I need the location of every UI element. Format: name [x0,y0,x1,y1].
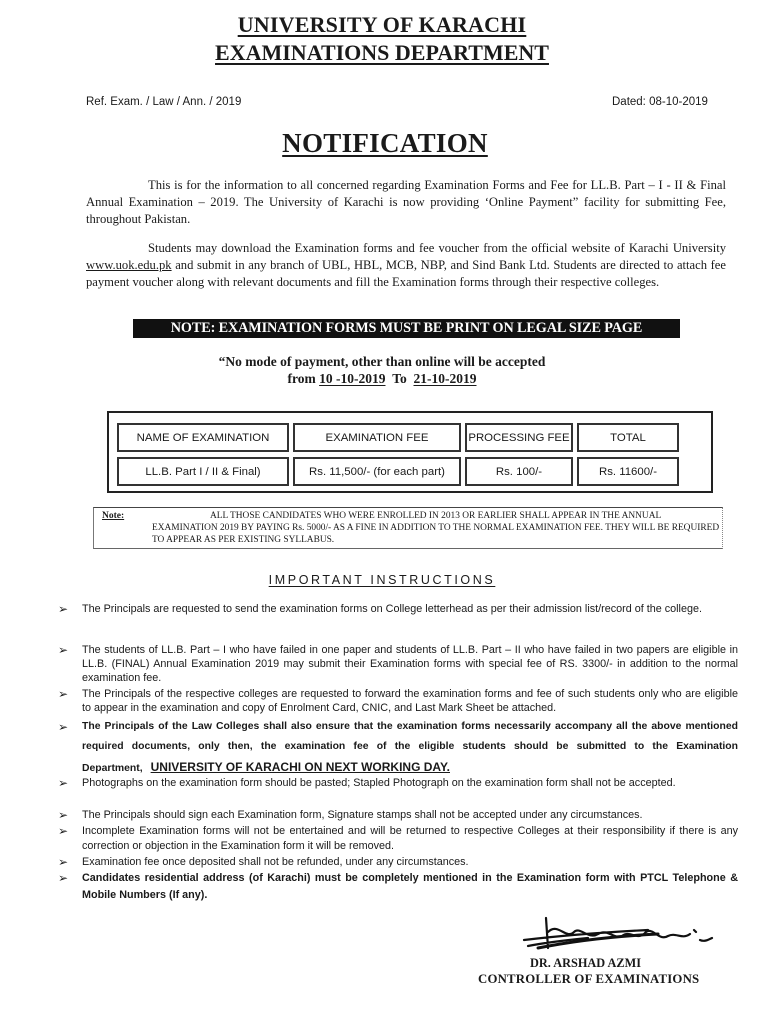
header-processing-fee: PROCESSING FEE [465,423,573,452]
instruction-item: ➢The Principals of the Law Colleges shal… [58,717,738,779]
arrow-bullet-icon: ➢ [58,643,68,657]
instruction-item: ➢Candidates residential address (of Kara… [58,870,738,904]
instruction-item: ➢The Principals of the respective colleg… [58,687,738,715]
header-total: TOTAL [577,423,679,452]
signatory-name: DR. ARSHAD AZMI [530,956,641,971]
download-paragraph: Students may download the Examination fo… [86,240,726,291]
fee-table-header-row: NAME OF EXAMINATION EXAMINATION FEE PROC… [117,423,679,452]
fee-table: NAME OF EXAMINATION EXAMINATION FEE PROC… [107,411,713,493]
instruction-item: ➢The students of LL.B. Part – I who have… [58,643,738,685]
arrow-bullet-icon: ➢ [58,599,68,619]
arrow-bullet-icon: ➢ [58,717,68,737]
reference-number: Ref. Exam. / Law / Ann. / 2019 [86,96,241,108]
start-date: 10 -10-2019 [319,371,385,386]
cell-exam-fee: Rs. 11,500/- (for each part) [293,457,461,486]
fine-note-text: ALL THOSE CANDIDATES WHO WERE ENROLLED I… [152,510,720,546]
cell-total: Rs. 11600/- [577,457,679,486]
end-date: 21-10-2019 [414,371,477,386]
instructions-title: IMPORTANT INSTRUCTIONS [0,573,764,587]
document-title: NOTIFICATION [0,128,764,159]
payment-notice: “No mode of payment, other than online w… [0,354,764,370]
arrow-bullet-icon: ➢ [58,687,68,701]
cell-processing-fee: Rs. 100/- [465,457,573,486]
signatory-title: CONTROLLER OF EXAMINATIONS [478,972,699,987]
cell-exam-name: LL.B. Part I / II & Final) [117,457,289,486]
instruction-item: ➢Photographs on the examination form sho… [58,775,738,792]
arrow-bullet-icon: ➢ [58,870,68,887]
intro-paragraph: This is for the information to all conce… [86,177,726,228]
deadline-emphasis: UNIVERSITY OF KARACHI ON NEXT WORKING DA… [151,760,450,774]
instruction-item: ➢The Principals should sign each Examina… [58,808,738,822]
instruction-item: ➢Incomplete Examination forms will not b… [58,824,738,854]
header-exam-fee: EXAMINATION FEE [293,423,461,452]
university-name: UNIVERSITY OF KARACHI [0,12,764,38]
instruction-item: ➢The Principals are requested to send th… [58,599,738,619]
payment-period: from 10 -10-2019 To 21-10-2019 [0,371,764,387]
arrow-bullet-icon: ➢ [58,808,68,822]
issue-date: Dated: 08-10-2019 [612,96,708,108]
arrow-bullet-icon: ➢ [58,824,68,839]
signature-scribble [518,910,718,960]
instruction-item: ➢Examination fee once deposited shall no… [58,855,738,869]
website-link[interactable]: www.uok.edu.pk [86,258,172,272]
fine-note-label: Note: [102,511,124,521]
arrow-bullet-icon: ➢ [58,855,68,869]
legal-size-note-banner: NOTE: EXAMINATION FORMS MUST BE PRINT ON… [133,319,680,338]
table-row: LL.B. Part I / II & Final) Rs. 11,500/- … [117,457,679,486]
arrow-bullet-icon: ➢ [58,775,68,792]
header-exam-name: NAME OF EXAMINATION [117,423,289,452]
department-name: EXAMINATIONS DEPARTMENT [0,40,764,66]
